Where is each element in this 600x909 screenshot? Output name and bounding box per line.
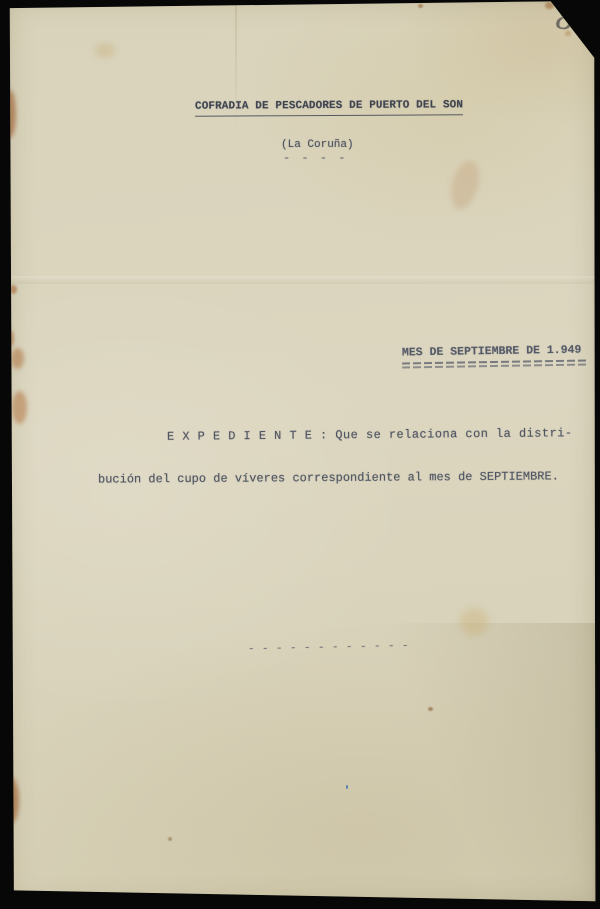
rust-stain xyxy=(10,285,17,294)
rust-stain xyxy=(4,90,16,138)
faded-brown-smudge xyxy=(446,157,484,212)
brown-speck xyxy=(418,4,423,8)
rust-stain xyxy=(5,330,14,347)
ink-speck xyxy=(428,707,433,711)
ink-speck xyxy=(168,837,172,841)
page-number-handwritten: 8 xyxy=(554,1,578,38)
date-heading: MES DE SEPTIEMBRE DE 1.949 xyxy=(402,344,588,360)
date-underline-row-2 xyxy=(402,363,588,368)
foxing-spot xyxy=(95,43,115,58)
body-paragraph-line-2: bución del cupo de víveres correspondien… xyxy=(98,469,559,486)
horizontal-fold-crease xyxy=(8,276,596,284)
document-subtitle: (La Coruña) xyxy=(281,139,354,151)
document-title: COFRADIA DE PESCADORES DE PUERTO DEL SON xyxy=(195,99,463,116)
paper-sheet: 8 COFRADIA DE PESCADORES DE PUERTO DEL S… xyxy=(8,0,596,903)
rust-stain xyxy=(12,391,27,424)
blue-ink-speck xyxy=(346,785,348,789)
rust-stain xyxy=(11,348,24,369)
fold-crease-bottom-right xyxy=(361,623,596,903)
scanned-page-background: 8 COFRADIA DE PESCADORES DE PUERTO DEL S… xyxy=(0,0,600,909)
rust-stain xyxy=(2,777,19,824)
body-paragraph-line-1: E X P E D I E N T E : Que se relaciona c… xyxy=(167,426,573,444)
subtitle-dashes: - - - - xyxy=(283,151,347,165)
brown-speck xyxy=(545,2,554,9)
separator-dashes: - - - - - - - - - - - - xyxy=(248,640,409,655)
date-heading-block: MES DE SEPTIEMBRE DE 1.949 xyxy=(402,344,588,368)
foxing-spot xyxy=(460,608,488,636)
